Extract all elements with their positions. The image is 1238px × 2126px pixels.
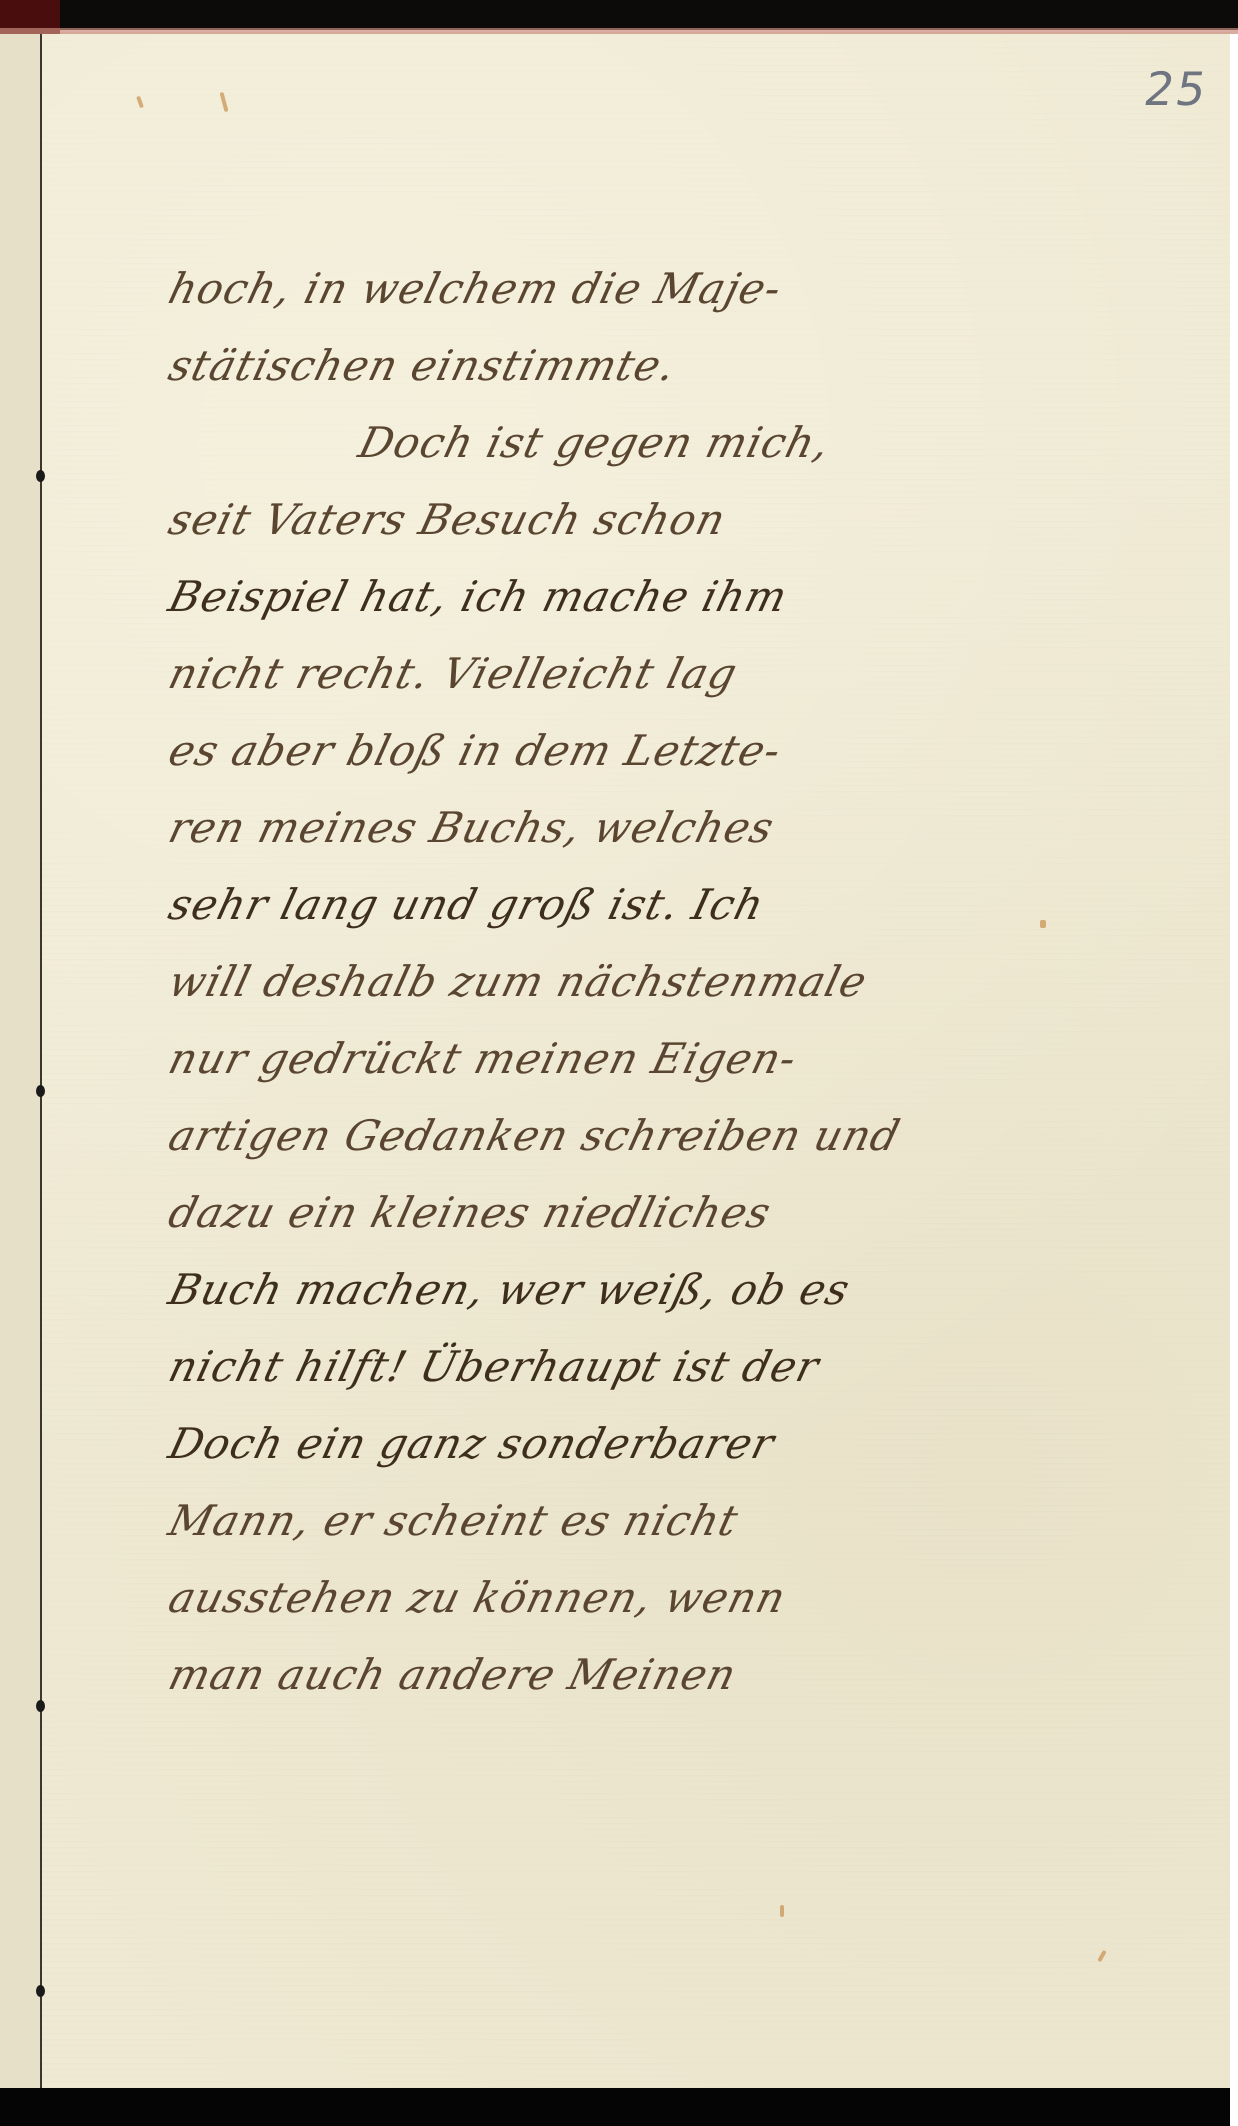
text-line: Beispiel hat, ich mache ihm xyxy=(160,558,1059,635)
text-line: nicht recht. Vielleicht lag xyxy=(160,635,1059,712)
text-line: sehr lang und groß ist. Ich xyxy=(160,866,1059,943)
text-line: seit Vaters Besuch schon xyxy=(160,481,1059,558)
text-line: ren meines Buchs, welches xyxy=(160,789,1059,866)
text-line: nicht hilft! Überhaupt ist der xyxy=(160,1328,1059,1405)
text-line: Mann, er scheint es nicht xyxy=(160,1482,1059,1559)
text-line: man auch andere Meinen xyxy=(160,1636,1059,1713)
binding-hole xyxy=(36,1700,45,1712)
text-line: Doch ein ganz sonderbarer xyxy=(160,1405,1059,1482)
page-number: 25 xyxy=(1140,62,1212,116)
text-line: nur gedrückt meinen Eigen- xyxy=(160,1020,1059,1097)
text-line: es aber bloß in dem Letzte- xyxy=(160,712,1059,789)
binding-hole xyxy=(36,470,45,482)
text-line: ausstehen zu können, wenn xyxy=(160,1559,1059,1636)
binding-strip xyxy=(0,32,42,2088)
text-line: stätischen einstimmte. xyxy=(160,327,1059,404)
text-line: Buch machen, wer weiß, ob es xyxy=(160,1251,1059,1328)
scan-top-border xyxy=(0,0,1238,30)
page-top-edge xyxy=(0,28,1238,34)
text-line: will deshalb zum nächstenmale xyxy=(160,943,1059,1020)
binding-hole xyxy=(36,1085,45,1097)
paper-fleck xyxy=(780,1905,784,1917)
binding-hole xyxy=(36,1985,45,1997)
text-line: hoch, in welchem die Maje- xyxy=(160,250,1059,327)
text-line: artigen Gedanken schreiben und xyxy=(160,1097,1059,1174)
handwritten-text: hoch, in welchem die Maje- stätischen ei… xyxy=(170,250,1050,1713)
text-line: Doch ist gegen mich, xyxy=(160,404,1059,481)
scan-bottom-border xyxy=(0,2088,1230,2126)
text-line: dazu ein kleines niedliches xyxy=(160,1174,1059,1251)
